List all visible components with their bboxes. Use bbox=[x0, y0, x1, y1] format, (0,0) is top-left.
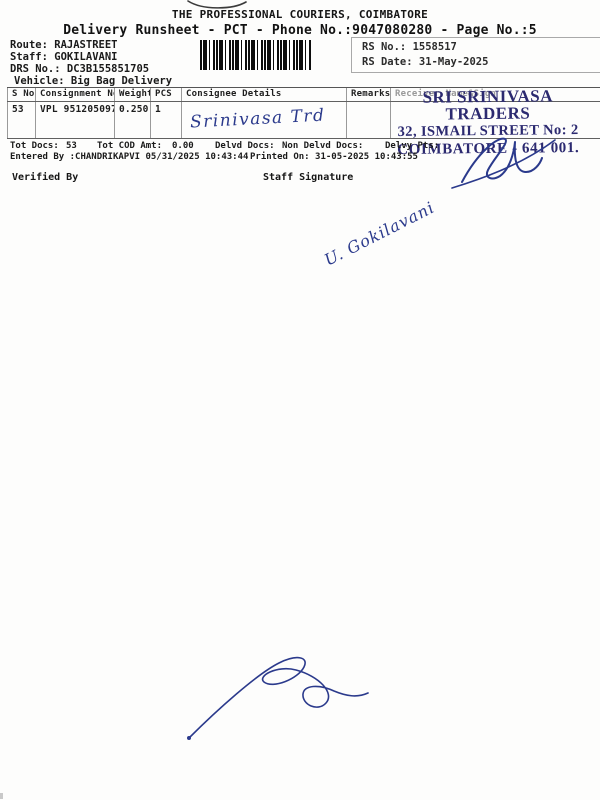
drs-label: DRS No.: bbox=[10, 63, 61, 75]
col-header-pcs: PCS bbox=[150, 88, 181, 101]
delvy-pts-label: Delvy Pts: bbox=[385, 141, 439, 151]
tot-docs-value: 53 bbox=[66, 141, 77, 151]
document-title: THE PROFESSIONAL COURIERS, COIMBATORE bbox=[0, 8, 600, 21]
runsheet-document: THE PROFESSIONAL COURIERS, COIMBATORE De… bbox=[0, 0, 600, 800]
drs-value: DC3B155851705 bbox=[67, 63, 149, 75]
cell-consignment-no: VPL 951205097 bbox=[35, 102, 114, 138]
delvd-docs-label: Delvd Docs: bbox=[215, 141, 275, 151]
rs-no-value: 1558517 bbox=[413, 41, 457, 53]
rs-date-line: RS Date: 31-May-2025 bbox=[352, 55, 600, 70]
rs-no-line: RS No.: 1558517 bbox=[352, 38, 600, 55]
audit-line: Entered By :CHANDRIKAPVI 05/31/2025 10:4… bbox=[0, 152, 600, 164]
route-label: Route: bbox=[10, 39, 48, 51]
entered-by-text: Entered By :CHANDRIKAPVI 05/31/2025 10:4… bbox=[10, 152, 248, 162]
document-subtitle: Delivery Runsheet - PCT - Phone No.:9047… bbox=[0, 23, 600, 38]
col-header-consignee-details: Consignee Details bbox=[181, 88, 346, 101]
route-value: RAJASTREET bbox=[54, 39, 117, 51]
drs-line: DRS No.: DC3B155851705 bbox=[10, 63, 149, 75]
tot-cod-label: Tot COD Amt: bbox=[97, 141, 162, 151]
col-header-consignment-no: Consignment No bbox=[35, 88, 114, 101]
verified-by-label: Verified By bbox=[12, 172, 78, 183]
cell-pcs: 1 bbox=[150, 102, 181, 138]
vehicle-value: Big Bag Delivery bbox=[71, 75, 172, 87]
staff-line: Staff: GOKILAVANI bbox=[10, 51, 117, 63]
staff-signature-handwriting: U. Gokilavani bbox=[318, 188, 493, 280]
rs-info-box: RS No.: 1558517 RS Date: 31-May-2025 bbox=[351, 37, 600, 73]
col-header-weight: Weight bbox=[114, 88, 150, 101]
vehicle-line: Vehicle: Big Bag Delivery bbox=[14, 75, 172, 87]
verify-row: Verified By Staff Signature bbox=[0, 172, 600, 186]
non-delvd-docs-label: Non Delvd Docs: bbox=[282, 141, 363, 151]
rs-date-label: RS Date: bbox=[362, 56, 413, 68]
col-header-sno: S No bbox=[7, 88, 35, 101]
rs-no-label: RS No.: bbox=[362, 41, 406, 53]
staff-value: GOKILAVANI bbox=[54, 51, 117, 63]
staff-signature-name: U. Gokilavani bbox=[321, 198, 438, 270]
tot-cod-value: 0.00 bbox=[172, 141, 194, 151]
route-line: Route: RAJASTREET bbox=[10, 39, 117, 51]
cell-weight: 0.250 bbox=[114, 102, 150, 138]
tot-docs-label: Tot Docs: bbox=[10, 141, 59, 151]
drs-barcode bbox=[200, 40, 311, 70]
staff-label: Staff: bbox=[10, 51, 48, 63]
page-edge-mark bbox=[0, 793, 3, 799]
vehicle-label: Vehicle: bbox=[14, 75, 65, 87]
staff-signature-label: Staff Signature bbox=[263, 172, 353, 183]
stamp-line-1: SRI SRINIVASA TRADERS bbox=[379, 87, 597, 123]
customer-signature bbox=[183, 644, 373, 744]
printed-on-text: Printed On: 31-05-2025 10:43:55 bbox=[250, 152, 418, 162]
rs-date-value: 31-May-2025 bbox=[419, 56, 489, 68]
cell-sno: 53 bbox=[7, 102, 35, 138]
